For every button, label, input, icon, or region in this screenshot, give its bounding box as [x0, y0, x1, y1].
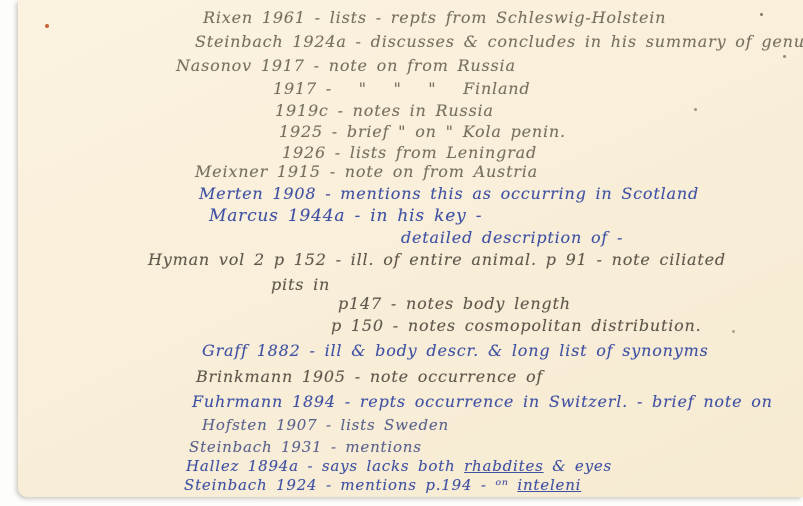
note-line: p147 - notes body length — [338, 294, 571, 314]
note-line: Steinbach 1924a - discusses & concludes … — [195, 32, 803, 52]
note-line-text: Marcus 1944a - in his key - — [209, 206, 482, 226]
note-line: Steinbach 1931 - mentions — [189, 437, 422, 457]
scan-speck — [760, 13, 763, 16]
note-line: Meixner 1915 - note on from Austria — [195, 162, 538, 182]
note-line: 1926 - lists from Leningrad — [282, 143, 537, 163]
note-line-text: inteleni — [517, 476, 581, 494]
note-line: Fuhrmann 1894 - repts occurrence in Swit… — [192, 392, 773, 412]
note-line-text: Merten 1908 - mentions this as occurring… — [199, 184, 699, 203]
note-line: 1925 - brief " on " Kola penin. — [279, 122, 566, 142]
scan-speck — [45, 24, 49, 28]
note-line: Steinbach 1924 - mentions p.194 - ᵒⁿ int… — [184, 475, 581, 495]
note-line: Rixen 1961 - lists - repts from Schleswi… — [203, 8, 666, 28]
note-line: 1917 - " " " Finland — [273, 79, 530, 99]
note-line-text: Hyman vol 2 p 152 - ill. of entire anima… — [148, 250, 726, 269]
note-line-text: p 150 - notes cosmopolitan distribution. — [331, 316, 702, 335]
note-line-text: Steinbach 1931 - mentions — [189, 438, 422, 456]
note-line: detailed description of - — [401, 228, 623, 248]
note-line: Brinkmann 1905 - note occurrence of — [196, 367, 543, 387]
note-line: 1919c - notes in Russia — [275, 101, 494, 121]
note-line: pits in — [271, 275, 330, 295]
note-line-text: pits in — [271, 275, 330, 294]
note-line-text: detailed description of - — [401, 228, 623, 247]
note-line: p 150 - notes cosmopolitan distribution. — [331, 316, 702, 336]
note-line-text: & eyes — [544, 457, 612, 475]
note-line: Hofsten 1907 - lists Sweden — [202, 415, 449, 435]
scanned-page: Rixen 1961 - lists - repts from Schleswi… — [0, 0, 803, 506]
note-line-text: Meixner 1915 - note on from Austria — [195, 162, 538, 181]
note-lines: Rixen 1961 - lists - repts from Schleswi… — [18, 0, 803, 497]
index-card: Rixen 1961 - lists - repts from Schleswi… — [18, 0, 803, 497]
note-line: Graff 1882 - ill & body descr. & long li… — [202, 341, 709, 361]
note-line-text: 1926 - lists from Leningrad — [282, 143, 537, 162]
note-line-text: Hallez 1894a - says lacks both — [186, 457, 464, 475]
note-line: Nasonov 1917 - note on from Russia — [176, 56, 516, 76]
note-line-text: Hofsten 1907 - lists Sweden — [202, 416, 449, 434]
note-line-text: rhabdites — [464, 457, 544, 475]
note-line-text: 1917 - " " " Finland — [273, 79, 530, 98]
note-line: Hallez 1894a - says lacks both rhabdites… — [186, 456, 612, 476]
note-line-text: Graff 1882 - ill & body descr. & long li… — [202, 341, 709, 360]
scan-speck — [783, 55, 786, 58]
note-line: Merten 1908 - mentions this as occurring… — [199, 184, 699, 204]
note-line: Hyman vol 2 p 152 - ill. of entire anima… — [148, 250, 726, 270]
note-line-text: 1925 - brief " on " Kola penin. — [279, 122, 566, 141]
note-line-text: p147 - notes body length — [338, 294, 571, 313]
note-line-text: Fuhrmann 1894 - repts occurrence in Swit… — [192, 392, 773, 411]
note-line-text: Steinbach 1924a - discusses & concludes … — [195, 32, 803, 51]
note-line-text: Nasonov 1917 - note on from Russia — [176, 56, 516, 75]
note-line-text: 1919c - notes in Russia — [275, 101, 494, 120]
note-line: Marcus 1944a - in his key - — [209, 206, 482, 226]
scan-speck — [694, 108, 697, 111]
note-line-text: Rixen 1961 - lists - repts from Schleswi… — [203, 8, 666, 27]
note-line-text: Brinkmann 1905 - note occurrence of — [196, 367, 543, 386]
note-line-text: Steinbach 1924 - mentions p.194 - ᵒⁿ — [184, 476, 517, 494]
scan-speck — [732, 330, 735, 333]
